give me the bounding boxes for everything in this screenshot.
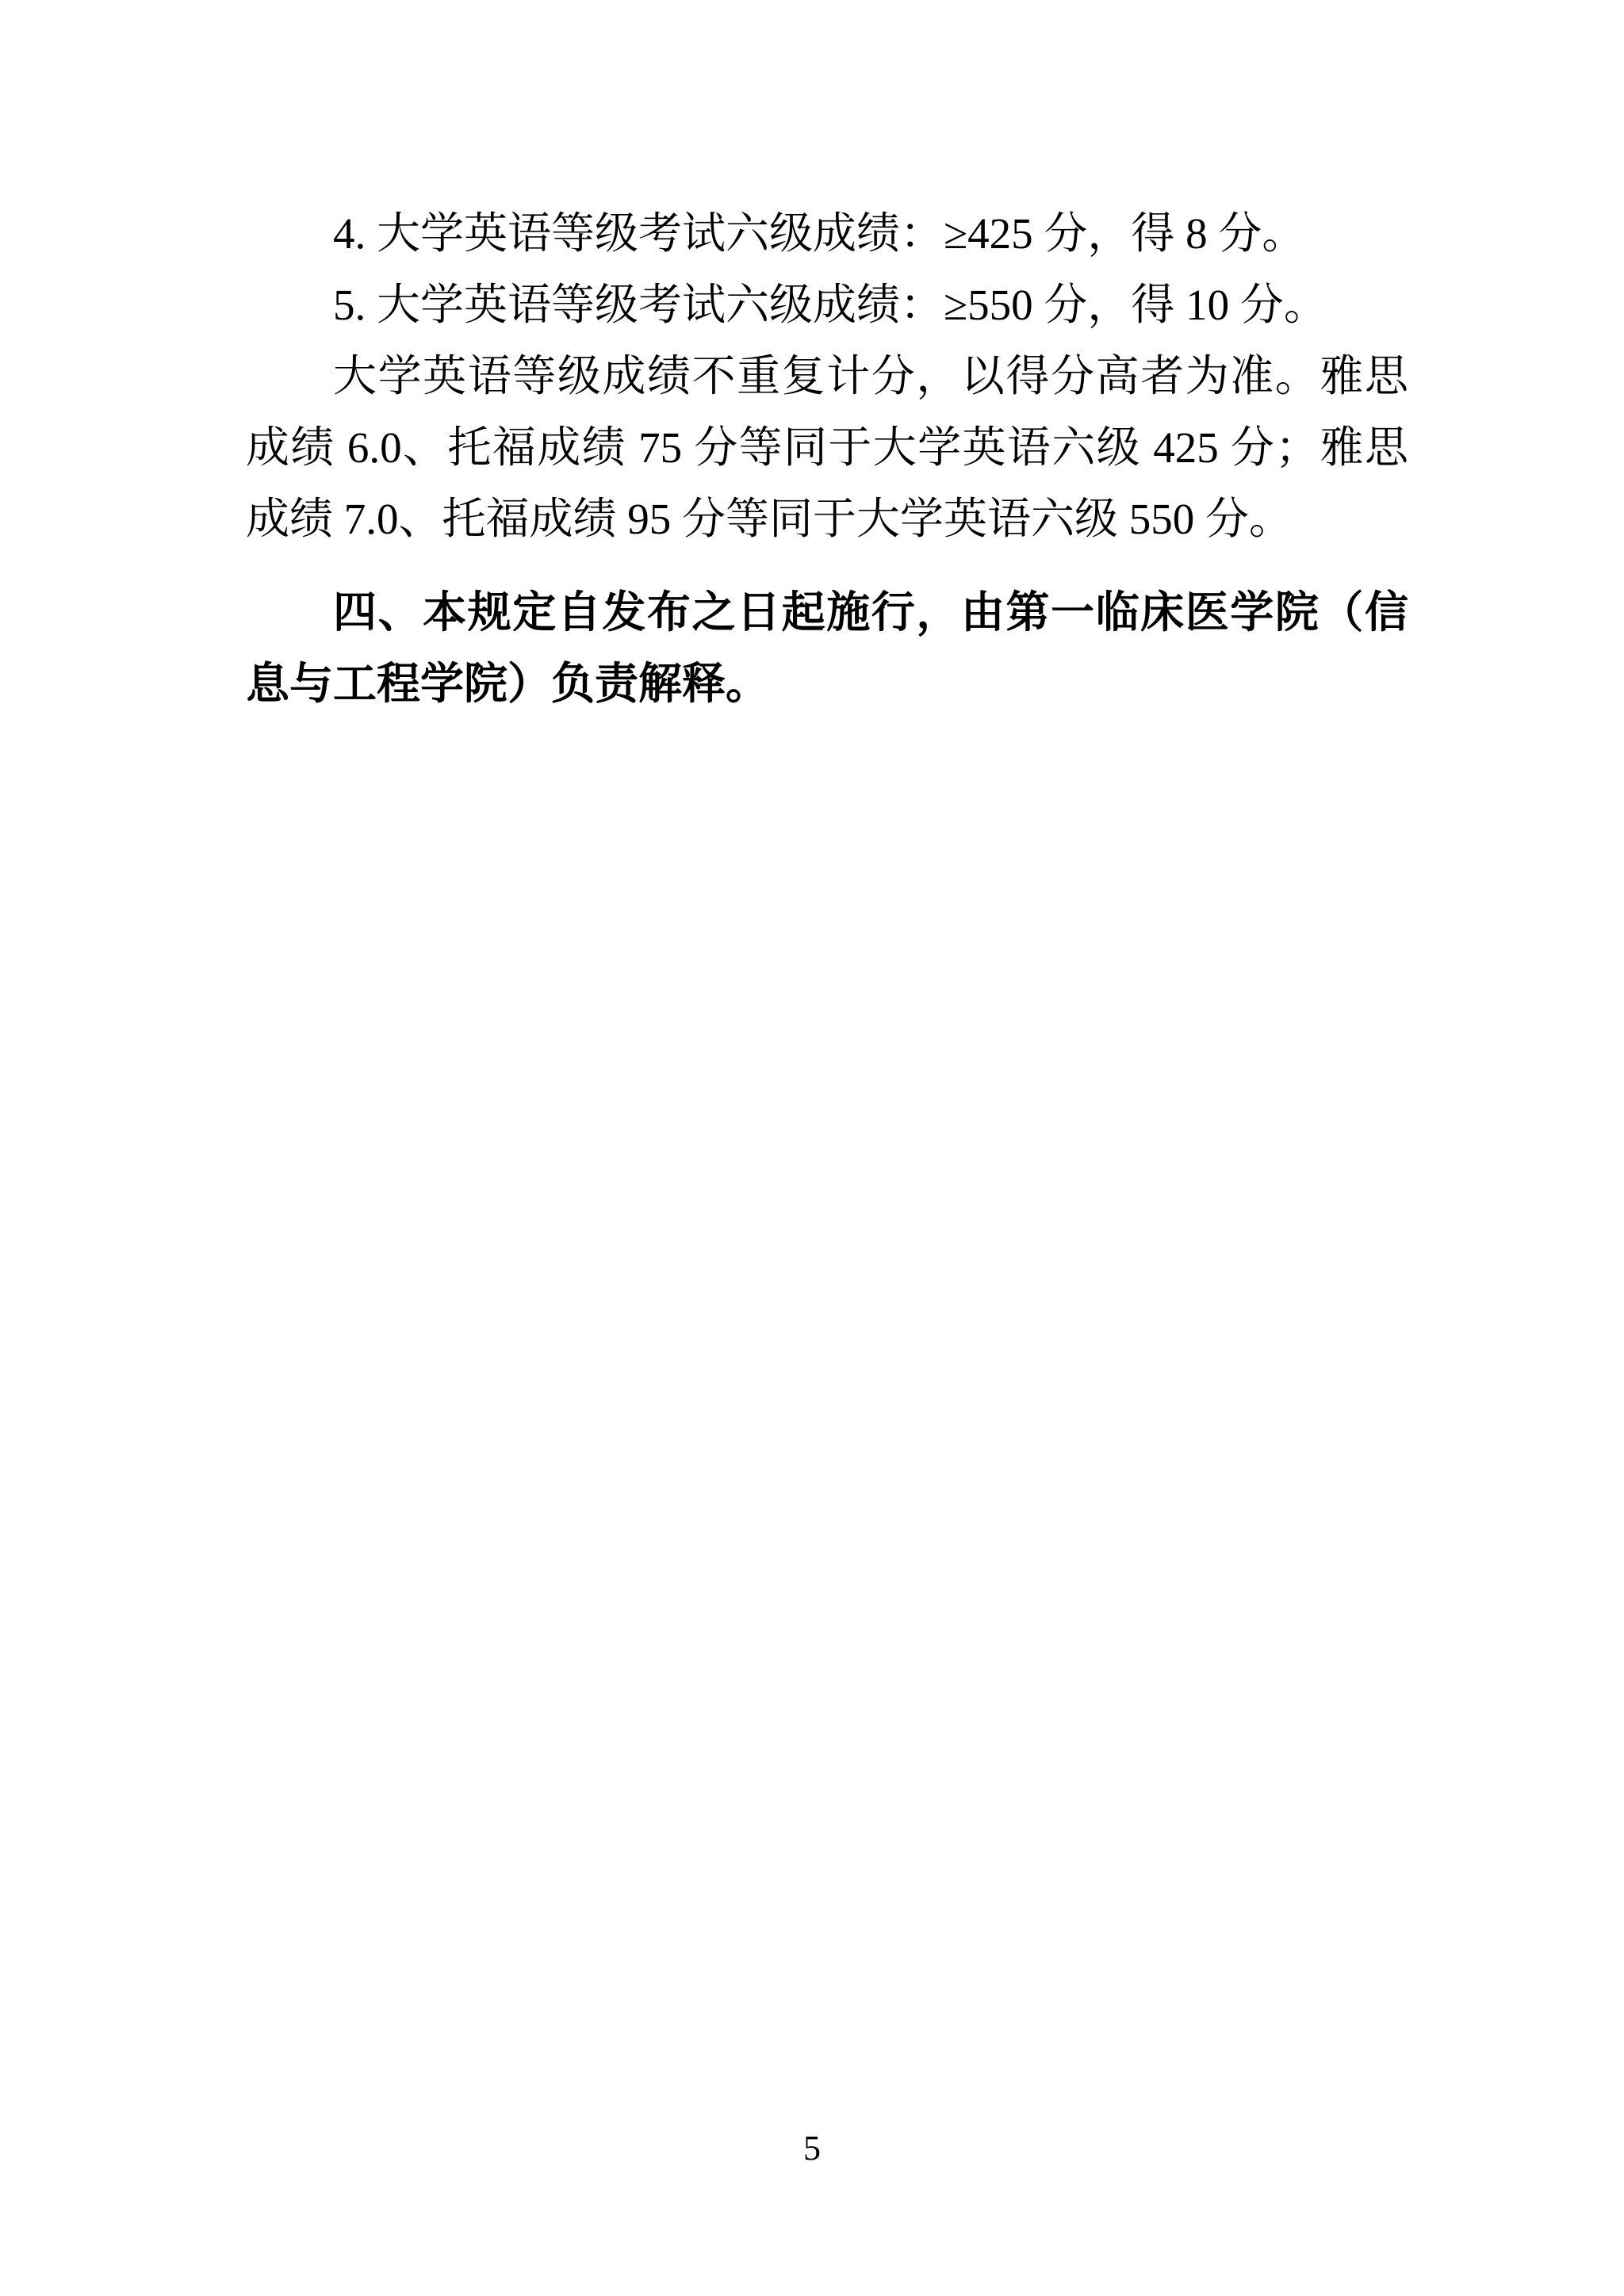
page-number: 5	[803, 2129, 821, 2168]
clause-four-line-1: 四、本规定自发布之日起施行，由第一临床医学院（信	[246, 576, 1408, 648]
list-item-4-line: 4. 大学英语等级考试六级成绩：≥425 分，得 8 分。	[246, 198, 1408, 270]
page-footer: 5	[0, 2128, 1624, 2168]
paragraph-equivalence-line-2: 成绩 6.0、托福成绩 75 分等同于大学英语六级 425 分；雅思	[246, 412, 1408, 484]
clause-four-line-2: 息与工程学院）负责解释。	[246, 648, 1408, 719]
document-body: 4. 大学英语等级考试六级成绩：≥425 分，得 8 分。 5. 大学英语等级考…	[246, 198, 1408, 719]
document-page: 4. 大学英语等级考试六级成绩：≥425 分，得 8 分。 5. 大学英语等级考…	[0, 0, 1624, 2296]
paragraph-equivalence-line-3: 成绩 7.0、托福成绩 95 分等同于大学英语六级 550 分。	[246, 484, 1408, 555]
list-item-5-line: 5. 大学英语等级考试六级成绩：≥550 分，得 10 分。	[246, 270, 1408, 341]
paragraph-equivalence-line-1: 大学英语等级成绩不重复计分，以得分高者为准。雅思	[246, 341, 1408, 412]
